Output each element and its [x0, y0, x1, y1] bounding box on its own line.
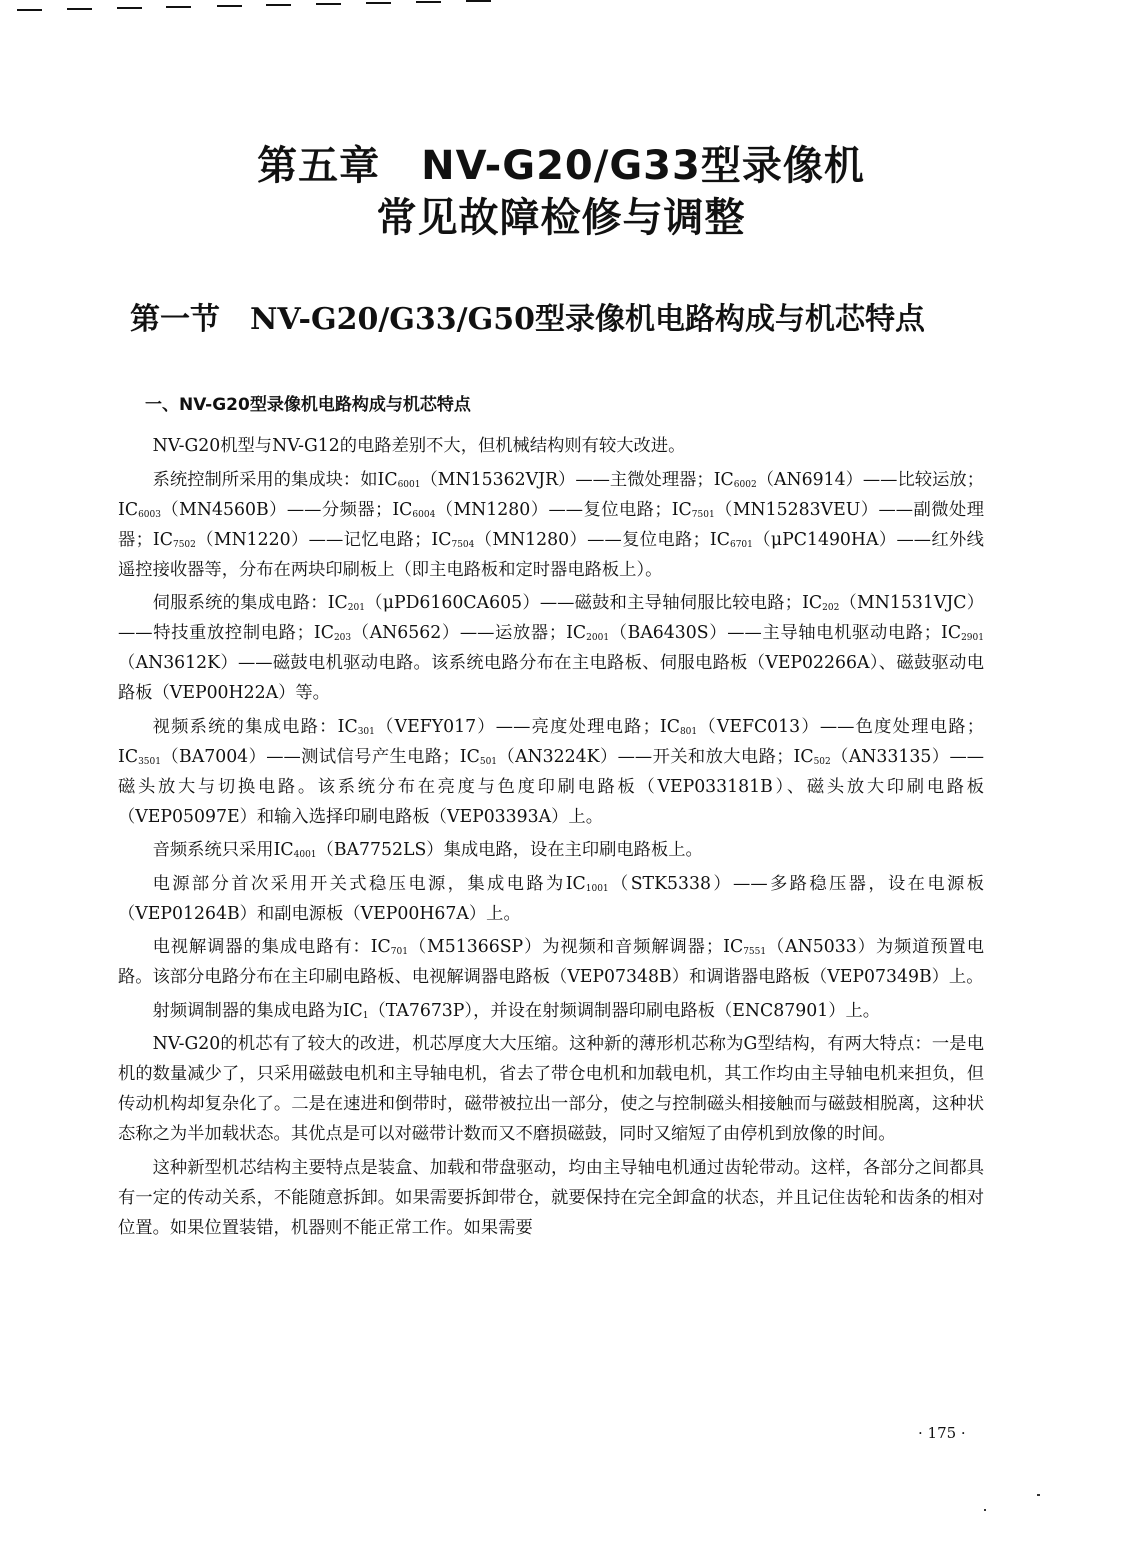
paragraph-text: （MN15362VJR）——主微处理器；IC — [420, 470, 733, 490]
paragraph: 这种新型机芯结构主要特点是装盒、加载和带盘驱动，均由主导轴电机通过齿轮带动。这样… — [118, 1153, 984, 1243]
paragraph-text: （MN4560B）——分频器；IC — [161, 500, 412, 520]
paragraph-text: （μPD6160CA605）——磁鼓和主导轴伺服比较电路；IC — [365, 593, 822, 613]
paragraph-text: （M51366SP）为视频和音频解调器；IC — [408, 937, 743, 957]
ic-subscript: 3501 — [138, 757, 161, 767]
paragraph: 音频系统只采用IC4001（BA7752LS）集成电路，设在主印刷电路板上。 — [118, 835, 984, 865]
paragraph: 射频调制器的集成电路为IC1（TA7673P），并设在射频调制器印刷电路板（EN… — [118, 996, 984, 1026]
ic-subscript: 301 — [358, 727, 375, 737]
paragraph-text: （AN6562）——运放器；IC — [351, 623, 586, 643]
paragraph: 系统控制所采用的集成块：如IC6001（MN15362VJR）——主微处理器；I… — [118, 465, 984, 585]
paragraph-text: （BA6430S）——主导轴电机驱动电路；IC — [609, 623, 961, 643]
ic-subscript: 2901 — [961, 633, 984, 643]
paragraph-text: 音频系统只采用IC — [153, 840, 294, 860]
section-heading-text: NV-G20/G33/G50型录像机电路构成与机芯特点 — [250, 302, 925, 337]
section-title: 第一节NV-G20/G33/G50型录像机电路构成与机芯特点 — [130, 300, 925, 340]
body-text: NV-G20机型与NV-G12的电路差别不大，但机械结构则有较大改进。系统控制所… — [118, 431, 984, 1246]
paragraph-text: NV-G20机型与NV-G12的电路差别不大，但机械结构则有较大改进。 — [153, 436, 686, 456]
paragraph-text: （TA7673P），并设在射频调制器印刷电路板（ENC87901）上。 — [368, 1001, 880, 1021]
paragraph: 伺服系统的集成电路：IC201（μPD6160CA605）——磁鼓和主导轴伺服比… — [118, 588, 984, 708]
paragraph-text: （BA7004）——测试信号产生电路；IC — [161, 747, 480, 767]
ic-subscript: 6002 — [734, 480, 757, 490]
paragraph-text: （BA7752LS）集成电路，设在主印刷电路板上。 — [317, 840, 703, 860]
paragraph-text: （MN1280）——复位电路；IC — [474, 530, 730, 550]
paragraph-text: （MN1220）——记忆电路；IC — [196, 530, 452, 550]
paragraph-text: 系统控制所采用的集成块：如IC — [153, 470, 398, 490]
ic-subscript: 6003 — [138, 510, 161, 520]
paragraph-text: （VEFY017）——亮度处理电路；IC — [375, 717, 680, 737]
ic-subscript: 7502 — [173, 540, 196, 550]
ic-subscript: 203 — [334, 633, 351, 643]
paragraph: NV-G20机型与NV-G12的电路差别不大，但机械结构则有较大改进。 — [118, 431, 984, 461]
paragraph: 电源部分首次采用开关式稳压电源，集成电路为IC1001（STK5338）——多路… — [118, 869, 984, 929]
section-number: 第一节 — [130, 302, 220, 337]
paragraph-text: 这种新型机芯结构主要特点是装盒、加载和带盘驱动，均由主导轴电机通过齿轮带动。这样… — [118, 1158, 984, 1238]
page-number: · 175 · — [918, 1424, 966, 1442]
paragraph-text: 伺服系统的集成电路：IC — [153, 593, 348, 613]
ic-subscript: 1001 — [586, 884, 609, 894]
ic-subscript: 6001 — [398, 480, 421, 490]
paragraph: NV-G20的机芯有了较大的改进，机芯厚度大大压缩。这种新的薄形机芯称为G型结构… — [118, 1029, 984, 1149]
ic-subscript: 202 — [822, 603, 839, 613]
ic-subscript: 7501 — [692, 510, 715, 520]
paragraph-text: （MN1280）——复位电路；IC — [435, 500, 691, 520]
paragraph-text: 视频系统的集成电路：IC — [153, 717, 358, 737]
paragraph: 电视解调器的集成电路有：IC701（M51366SP）为视频和音频解调器；IC7… — [118, 932, 984, 992]
scan-edge-dashes — [17, 0, 537, 12]
ic-subscript: 6701 — [730, 540, 753, 550]
paragraph-text: （AN3612K）——磁鼓电机驱动电路。该系统电路分布在主电路板、伺服电路板（V… — [118, 653, 984, 703]
ic-subscript: 7551 — [743, 947, 766, 957]
chapter-title-line1: 第五章 NV-G20/G33型录像机 — [257, 143, 865, 189]
ic-subscript: 501 — [480, 757, 497, 767]
paragraph-text: 电视解调器的集成电路有：IC — [153, 937, 391, 957]
paragraph: 视频系统的集成电路：IC301（VEFY017）——亮度处理电路；IC801（V… — [118, 712, 984, 832]
ic-subscript: 7504 — [451, 540, 474, 550]
paragraph-text: NV-G20的机芯有了较大的改进，机芯厚度大大压缩。这种新的薄形机芯称为G型结构… — [118, 1034, 984, 1144]
paragraph-text: 射频调制器的集成电路为IC — [153, 1001, 363, 1021]
chapter-title-line2: 常见故障检修与调整 — [0, 192, 1122, 244]
ic-subscript: 801 — [680, 727, 697, 737]
ic-subscript: 701 — [391, 947, 408, 957]
ic-subscript: 4001 — [294, 850, 317, 860]
paragraph-text: （AN3224K）——开关和放大电路；IC — [497, 747, 814, 767]
ic-subscript: 2001 — [586, 633, 609, 643]
paragraph-text: 电源部分首次采用开关式稳压电源，集成电路为IC — [153, 874, 586, 894]
ic-subscript: 201 — [348, 603, 365, 613]
ic-subscript: 502 — [814, 757, 831, 767]
ic-subscript: 6004 — [412, 510, 435, 520]
chapter-title: 第五章 NV-G20/G33型录像机 常见故障检修与调整 — [0, 140, 1122, 244]
subsection-title: 一、NV-G20型录像机电路构成与机芯特点 — [145, 393, 471, 417]
